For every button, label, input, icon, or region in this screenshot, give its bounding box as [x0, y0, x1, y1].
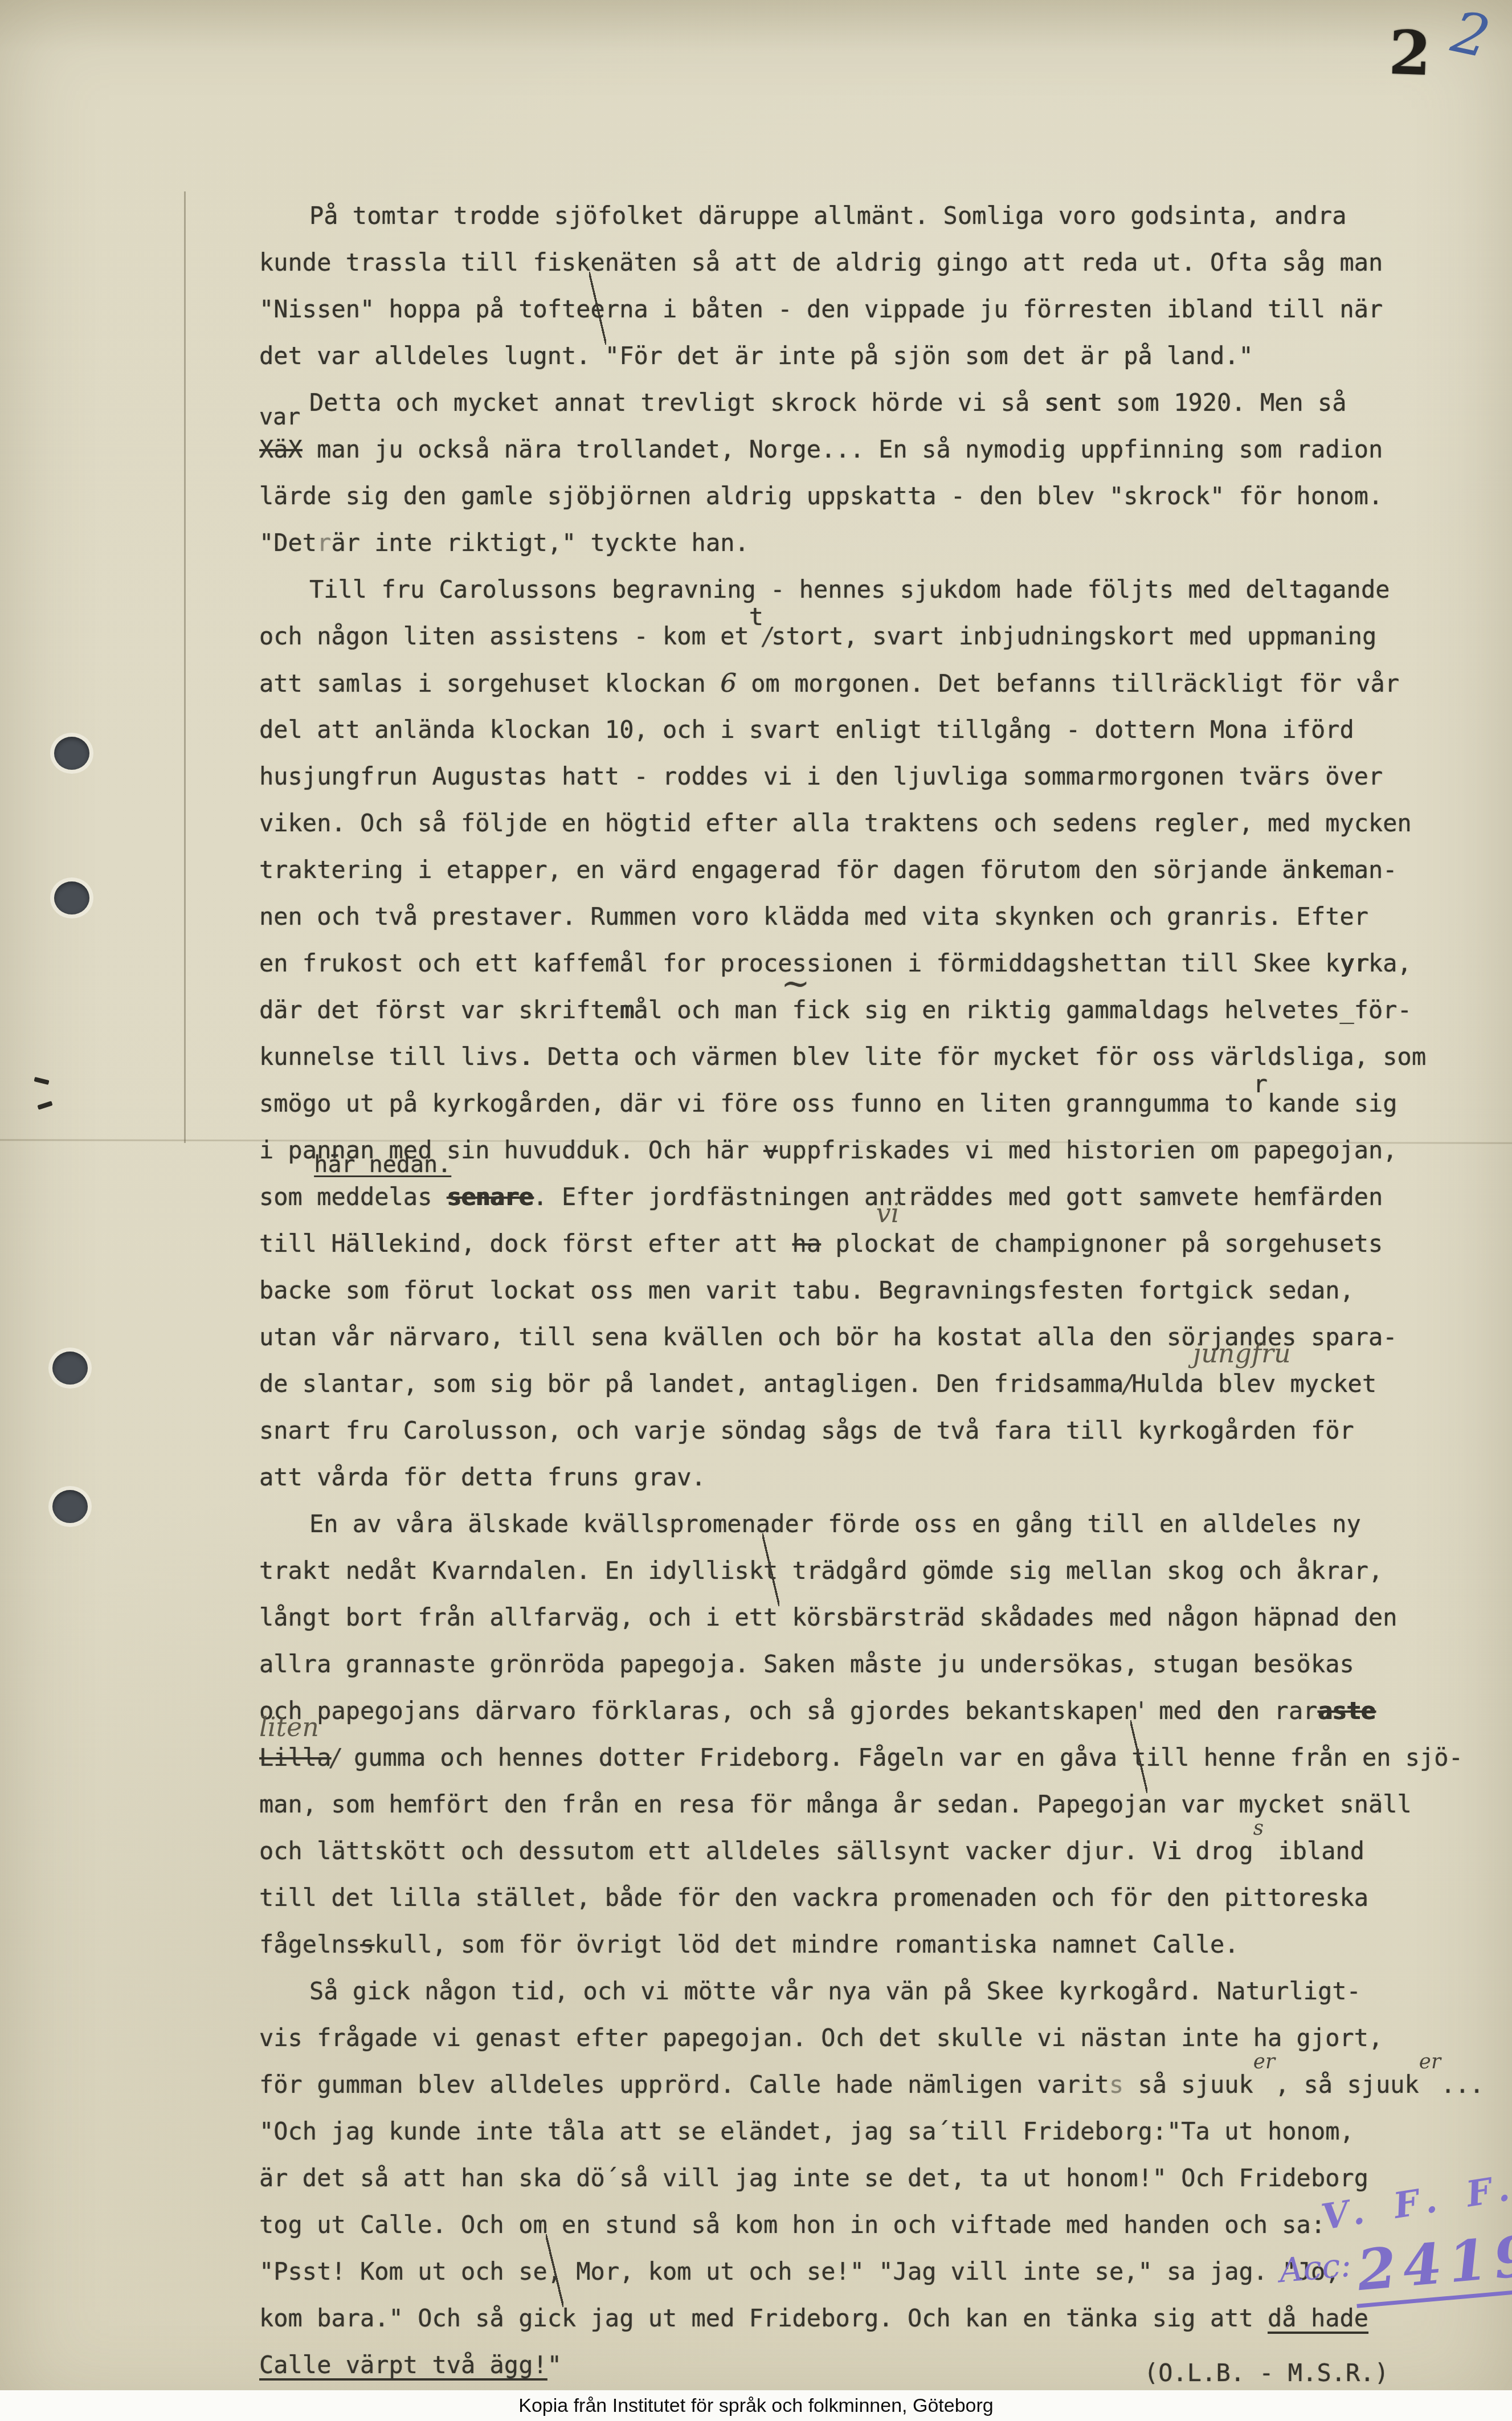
text-line: vitill Hällekind, dock först efter att h…: [259, 1220, 1456, 1267]
text-line: allra grannaste grönröda papegoja. Saken…: [259, 1641, 1456, 1688]
text-segment: kom bara." Och så gick jag ut med Frideb…: [259, 2304, 1268, 2332]
text-segment: ...: [1441, 2071, 1484, 2099]
text-segment: långt bort från allfarväg, och i ett kör…: [259, 1603, 1397, 1631]
text-line: för gumman blev alldeles upprörd. Calle …: [259, 2061, 1456, 2108]
correction-slash: ,: [547, 2248, 562, 2295]
interline-insertion: var: [259, 406, 300, 428]
text-line: långt bort från allfarväg, och i ett kör…: [259, 1594, 1456, 1641]
text-segment: för gumman blev alldeles upprörd. Calle …: [259, 2071, 1109, 2099]
text-line: fågelnsskull, som för övrigt löd det min…: [259, 1921, 1456, 1968]
text-segment: man ju också nära trollandet, Norge... E…: [303, 435, 1383, 463]
text-segment: och någon liten assistens - kom et: [259, 622, 749, 650]
text-segment: backe som förut lockat oss men varit tab…: [259, 1276, 1354, 1304]
text-segment: Till fru Carolussons begravning - hennes…: [309, 575, 1390, 603]
correction-faint: s: [1109, 2071, 1123, 2099]
correction-strike: Lilla: [259, 1744, 331, 1771]
text-line: vis frågade vi genast efter papegojan. O…: [259, 2015, 1456, 2061]
text-segment: till Hä: [259, 1230, 360, 1258]
text-line: nen och två prestaver. Rummen voro klädd…: [259, 893, 1456, 940]
text-segment: drog: [1181, 1837, 1253, 1865]
text-segment: "Nissen" hoppa på tofte: [259, 295, 591, 323]
text-segment: uppfriskades vi med historien om papegoj…: [778, 1136, 1397, 1164]
text-segment: Detta och mycket annat trevligt skrock h…: [309, 389, 1044, 417]
text-line: och papegojans därvaro förklaras, och så…: [259, 1688, 1456, 1734]
text-line: traktering i etapper, en värd engagerad …: [259, 847, 1456, 893]
text-line: och lättskött och dessutom ett alldeles …: [259, 1828, 1456, 1875]
text-segment: "Det: [259, 529, 317, 557]
text-segment: Detta och värmen blev lite för mycket fö…: [533, 1043, 1426, 1071]
text-segment: vis frågade vi genast efter papegojan. O…: [259, 2024, 1383, 2052]
text-segment: ibland: [1264, 1837, 1364, 1865]
correction-dbl: yr: [1339, 949, 1368, 977]
correction-hwslash: /: [331, 1744, 339, 1771]
correction-hwraise: s: [1253, 1805, 1264, 1852]
text-segment: , så sjuuk: [1275, 2071, 1419, 2099]
correction-hwraise: er: [1419, 2039, 1441, 2085]
text-segment: plockat de champignoner på sorgehusets: [821, 1230, 1383, 1258]
text-segment: och papegojans därvaro förklaras, och så…: [259, 1697, 1138, 1725]
punch-hole: [54, 881, 89, 914]
text-segment: ": [547, 2351, 562, 2379]
text-line: smögo ut på kyrkogården, där vi före oss…: [259, 1080, 1456, 1127]
text-segment: kunnelse till livs: [259, 1043, 518, 1071]
text-segment: de slantar, som sig bör på landet, antag…: [259, 1370, 1123, 1398]
text-line: backe som förut lockat oss men varit tab…: [259, 1267, 1456, 1314]
text-segment: ka,: [1368, 949, 1412, 977]
text-line: kunnelse till livs. Detta och värmen ble…: [259, 1034, 1456, 1080]
text-line: att samlas i sorgehuset klockan 6 om mor…: [259, 660, 1456, 707]
text-segment: är inte riktigt," tyckte han.: [331, 529, 749, 557]
text-segment: fågelns: [259, 1930, 360, 1958]
text-segment: På tomtar trodde sjöfolket däruppe allmä…: [309, 202, 1347, 230]
text-segment: trakt nedåt Kvarndalen. En idyllisk: [259, 1557, 763, 1585]
text-segment: traktering i etapper, en värd engagerad …: [259, 856, 1311, 884]
punch-hole: [52, 1490, 88, 1523]
text-line: "Psst! Kom ut och se, Mor, kom ut och se…: [259, 2248, 1456, 2295]
correction-dbl: i: [1167, 1837, 1181, 1865]
archive-footer-text: Kopia från Institutet för språk och folk…: [518, 2395, 993, 2417]
text-segment: . Efter jordfästningen anträddes med got…: [533, 1183, 1383, 1211]
text-line: och någon liten assistens - kom ett/stor…: [259, 613, 1456, 660]
text-segment: det var alldeles lugnt. "För det är inte…: [259, 342, 1253, 370]
text-line: tog ut Calle. Och om en stund så kom hon…: [259, 2202, 1456, 2248]
text-line: man, som hemfört den från en resa för må…: [259, 1781, 1456, 1828]
page-number-handwritten: 2: [1446, 0, 1496, 71]
correction-dbl: .: [518, 1043, 533, 1071]
text-segment: att vårda för detta fruns grav.: [259, 1463, 706, 1491]
text-segment: nen och två prestaver. Rummen voro klädd…: [259, 903, 1368, 930]
text-segment: smögo ut på kyrkogården, där vi före oss…: [259, 1089, 1253, 1117]
text-line: en frukost och ett kaffemål for processi…: [259, 940, 1456, 987]
punch-hole: [52, 1352, 88, 1385]
text-line: lärde sig den gamle sjöbjörnen aldrig up…: [259, 473, 1456, 520]
text-segment: så sjuuk: [1123, 2071, 1253, 2099]
text-segment: man, som hemfört den från en resa för må…: [259, 1790, 1412, 1818]
text-line: det var alldeles lugnt. "För det är inte…: [259, 333, 1456, 379]
text-line: Till fru Carolussons begravning - hennes…: [259, 566, 1456, 613]
text-segment: ål och man fick sig en riktig gammaldags…: [634, 996, 1339, 1024]
text-segment: med: [1145, 1697, 1216, 1725]
text-line: är det så att han ska dö´så vill jag int…: [259, 2155, 1456, 2202]
text-line: trakt nedåt Kvarndalen. En idylliskt trä…: [259, 1548, 1456, 1594]
text-line: "Nissen" hoppa på tofteerna i båten - de…: [259, 286, 1456, 333]
text-line: snart fru Carolusson, och varje söndag s…: [259, 1407, 1456, 1454]
text-segment: trädgård gömde sig mellan skog och åkrar…: [778, 1557, 1383, 1585]
correction-hwslash: /: [1123, 1370, 1131, 1398]
correction-dbl: m: [619, 996, 634, 1024]
text-segment: viken. Och så följde en högtid efter all…: [259, 809, 1412, 837]
correction-u: Calle värpt två ägg!: [259, 2351, 547, 2379]
text-line: En av våra älskade kvällspromenader förd…: [259, 1501, 1456, 1548]
text-line: Så gick någon tid, och vi mötte vår nya …: [259, 1968, 1456, 2015]
correction-slash: t: [1131, 1734, 1146, 1781]
correction-strike: v: [763, 1136, 778, 1164]
text-segment: gumma och hennes dotter Frideborg. Fågel…: [340, 1744, 1132, 1771]
correction-strike: XäX: [259, 435, 303, 463]
text-line: del att anlända klockan 10, och i svart …: [259, 707, 1456, 753]
correction-dbl: d: [1216, 1697, 1231, 1725]
text-segment: del att anlända klockan 10, och i svart …: [259, 716, 1354, 744]
correction-dbl: ll: [360, 1230, 389, 1258]
text-line: varXäX man ju också nära trollandet, Nor…: [259, 426, 1456, 473]
text-segment: ill henne från en sjö-: [1146, 1744, 1463, 1771]
text-segment: är det så att han ska dö´så vill jag int…: [259, 2164, 1368, 2192]
text-segment: som 1920. Men så: [1102, 389, 1347, 417]
text-segment: att samlas i sorgehuset klockan: [259, 669, 720, 697]
text-segment: kunde trassla till fiskenäten så att de …: [259, 248, 1383, 276]
text-segment: ekind, dock först efter att: [389, 1230, 792, 1258]
text-segment: eman-: [1325, 856, 1397, 884]
collector-signature: (O.L.B. - M.S.R.): [1144, 2359, 1389, 2387]
text-line: ~där det först var skriftemål och man fi…: [259, 987, 1456, 1034]
interline-insertion: jungfru: [1193, 1340, 1291, 1366]
correction-strike: s: [360, 1930, 374, 1958]
text-line: "Deträr inte riktigt," tyckte han.: [259, 520, 1456, 566]
text-line: litenLilla/ gumma och hennes dotter Frid…: [259, 1734, 1456, 1781]
interline-insertion: vi: [876, 1200, 900, 1226]
text-segment: Så gick någon tid, och vi mötte vår nya …: [309, 1977, 1361, 2005]
text-segment: stort, svart inbjudningskort med uppmani…: [771, 622, 1376, 650]
correction-slash: t: [763, 1548, 778, 1594]
interline-insertion: ~: [781, 966, 807, 1001]
scanned-page: 2 2 På tomtar trodde sjöfolket däruppe a…: [0, 0, 1512, 2421]
correction-hwslash: /: [763, 622, 771, 650]
correction-strikedbl: aste: [1317, 1697, 1375, 1725]
staple-mark: [37, 1101, 52, 1110]
text-segment: En av våra älskade kvällspromenader förd…: [309, 1510, 1361, 1538]
text-segment: för-: [1354, 996, 1412, 1024]
correction-strike: ha: [792, 1230, 822, 1258]
correction-slash: e: [591, 286, 605, 333]
text-line: Detta och mycket annat trevligt skrock h…: [259, 379, 1456, 426]
staple-mark: [34, 1077, 49, 1085]
margin-crease-line: [184, 191, 186, 1143]
correction-dbl: k: [1311, 856, 1325, 884]
text-segment: snart fru Carolusson, och varje söndag s…: [259, 1416, 1354, 1444]
punch-hole: [54, 737, 89, 770]
text-line: kunde trassla till fiskenäten så att de …: [259, 239, 1456, 286]
text-line: här nedan.som meddelas senare. Efter jor…: [259, 1174, 1456, 1220]
text-segment: husjungfrun Augustas hatt - roddes vi i …: [259, 762, 1383, 790]
correction-hwnum: 6: [720, 668, 737, 698]
text-segment: "Psst! Kom ut och se: [259, 2257, 547, 2285]
accession-label: Acc:: [1278, 2246, 1353, 2291]
text-line: kom bara." Och så gick jag ut med Frideb…: [259, 2295, 1456, 2342]
correction-hwraise: er: [1253, 2039, 1275, 2085]
text-line: husjungfrun Augustas hatt - roddes vi i …: [259, 753, 1456, 800]
text-block: På tomtar trodde sjöfolket däruppe allmä…: [259, 193, 1456, 2389]
text-segment: kande sig: [1268, 1089, 1397, 1117]
text-segment: som meddelas: [259, 1183, 447, 1211]
text-segment: _: [1339, 996, 1354, 1024]
text-line: jungfrude slantar, som sig bör på landet…: [259, 1361, 1456, 1407]
text-segment: Mor, kom ut och se!" "Jag vill inte se,"…: [562, 2257, 1339, 2285]
text-line: viken. Och så följde en högtid efter all…: [259, 800, 1456, 847]
text-segment: "Och jag kunde inte tåla att se eländet,…: [259, 2117, 1354, 2145]
correction-raise: t: [749, 594, 763, 640]
text-segment: tog ut Calle. Och om en stund så kom hon…: [259, 2211, 1325, 2239]
text-segment: till det lilla stället, både för den vac…: [259, 1884, 1368, 1912]
text-segment: en rar: [1231, 1697, 1318, 1725]
text-segment: och lättskött och dessutom ett alldeles …: [259, 1837, 1167, 1865]
text-segment: kull, som för övrigt löd det mindre roma…: [374, 1930, 1239, 1958]
text-line: till det lilla stället, både för den vac…: [259, 1875, 1456, 1921]
text-segment: rna i båten - den vippade ju förresten i…: [605, 295, 1383, 323]
interline-insertion: liten: [259, 1714, 319, 1740]
text-segment: om morgonen. Det befanns tillräckligt fö…: [737, 669, 1399, 697]
page-number-stamp: 2: [1388, 17, 1432, 89]
correction-strikedbl: senare: [447, 1183, 533, 1211]
text-segment: där det först var skrifte: [259, 996, 619, 1024]
interline-insertion: här nedan.: [314, 1153, 451, 1176]
text-segment: lärde sig den gamle sjöbjörnen aldrig up…: [259, 482, 1383, 510]
text-line: att vårda för detta fruns grav.: [259, 1454, 1456, 1501]
text-segment: Hulda blev mycket: [1131, 1370, 1376, 1398]
correction-dbl: sent: [1044, 389, 1102, 417]
archive-footer-strip: Kopia från Institutet för språk och folk…: [0, 2390, 1512, 2421]
text-line: "Och jag kunde inte tåla att se eländet,…: [259, 2108, 1456, 2155]
text-segment: allra grannaste grönröda papegoja. Saken…: [259, 1650, 1354, 1678]
correction-raise: r: [1253, 1061, 1268, 1108]
text-line: På tomtar trodde sjöfolket däruppe allmä…: [259, 193, 1456, 239]
correction-faint: r: [317, 529, 331, 557]
